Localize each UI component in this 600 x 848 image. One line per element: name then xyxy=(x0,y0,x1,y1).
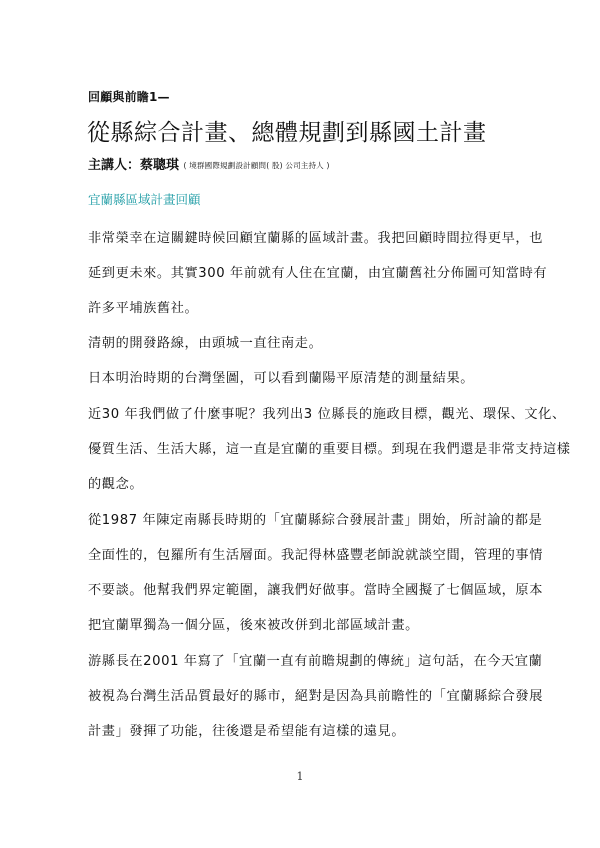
speaker-affiliation: ( 境群國際規劃設計顧問( 股) 公司主持人 ) xyxy=(184,161,330,170)
body-line: 把宜蘭單獨為一個分區，後來被改併到北部區域計畫。 xyxy=(88,614,419,633)
speaker-line: 主講人：蔡聰琪 ( 境群國際規劃設計顧問( 股) 公司主持人 ) xyxy=(88,154,330,173)
body-line: 不要談。他幫我們界定範圍，讓我們好做事。當時全國擬了七個區域，原本 xyxy=(88,579,543,598)
body-line: 被視為台灣生活品質最好的縣市，絕對是因為具前瞻性的「宜蘭縣綜合發展 xyxy=(88,685,543,704)
body-line: 游縣長在2001 年寫了「宜蘭一直有前瞻規劃的傳統」這句話，在今天宜蘭 xyxy=(88,650,542,669)
body-line: 日本明治時期的台灣堡圖，可以看到蘭陽平原清楚的測量結果。 xyxy=(88,367,474,386)
body-line: 許多平埔族舊社。 xyxy=(88,297,198,316)
body-line: 清朝的開發路線，由頭城一直往南走。 xyxy=(88,332,322,351)
body-line: 的觀念。 xyxy=(88,473,143,492)
body-line: 優質生活、生活大縣，這一直是宜蘭的重要目標。到現在我們還是非常支持這樣 xyxy=(88,438,571,457)
body-line: 從1987 年陳定南縣長時期的「宜蘭縣綜合發展計畫」開始，所討論的都是 xyxy=(88,509,542,528)
body-line: 非常榮幸在這關鍵時候回顧宜蘭縣的區域計畫。我把回顧時間拉得更早，也 xyxy=(88,227,543,246)
body-line: 延到更未來。其實300 年前就有人住在宜蘭，由宜蘭舊社分佈圖可知當時有 xyxy=(88,262,547,281)
speaker-name: 主講人：蔡聰琪 xyxy=(88,158,179,173)
series-label: 回顧與前瞻1— xyxy=(88,88,170,105)
section-heading: 宜蘭縣區域計畫回顧 xyxy=(88,190,201,208)
document-page: 回顧與前瞻1— 從縣綜合計畫、總體規劃到縣國土計畫 主講人：蔡聰琪 ( 境群國際… xyxy=(0,0,600,848)
body-line: 計畫」發揮了功能，往後還是希望能有這樣的遠見。 xyxy=(88,720,405,739)
body-line: 近30 年我們做了什麼事呢？我列出3 位縣長的施政目標，觀光、環保、文化、 xyxy=(88,403,566,422)
body-line: 全面性的，包羅所有生活層面。我記得林盛豐老師說就談空間，管理的事情 xyxy=(88,544,543,563)
page-number: 1 xyxy=(0,770,600,783)
document-title: 從縣綜合計畫、總體規劃到縣國土計畫 xyxy=(87,114,487,147)
